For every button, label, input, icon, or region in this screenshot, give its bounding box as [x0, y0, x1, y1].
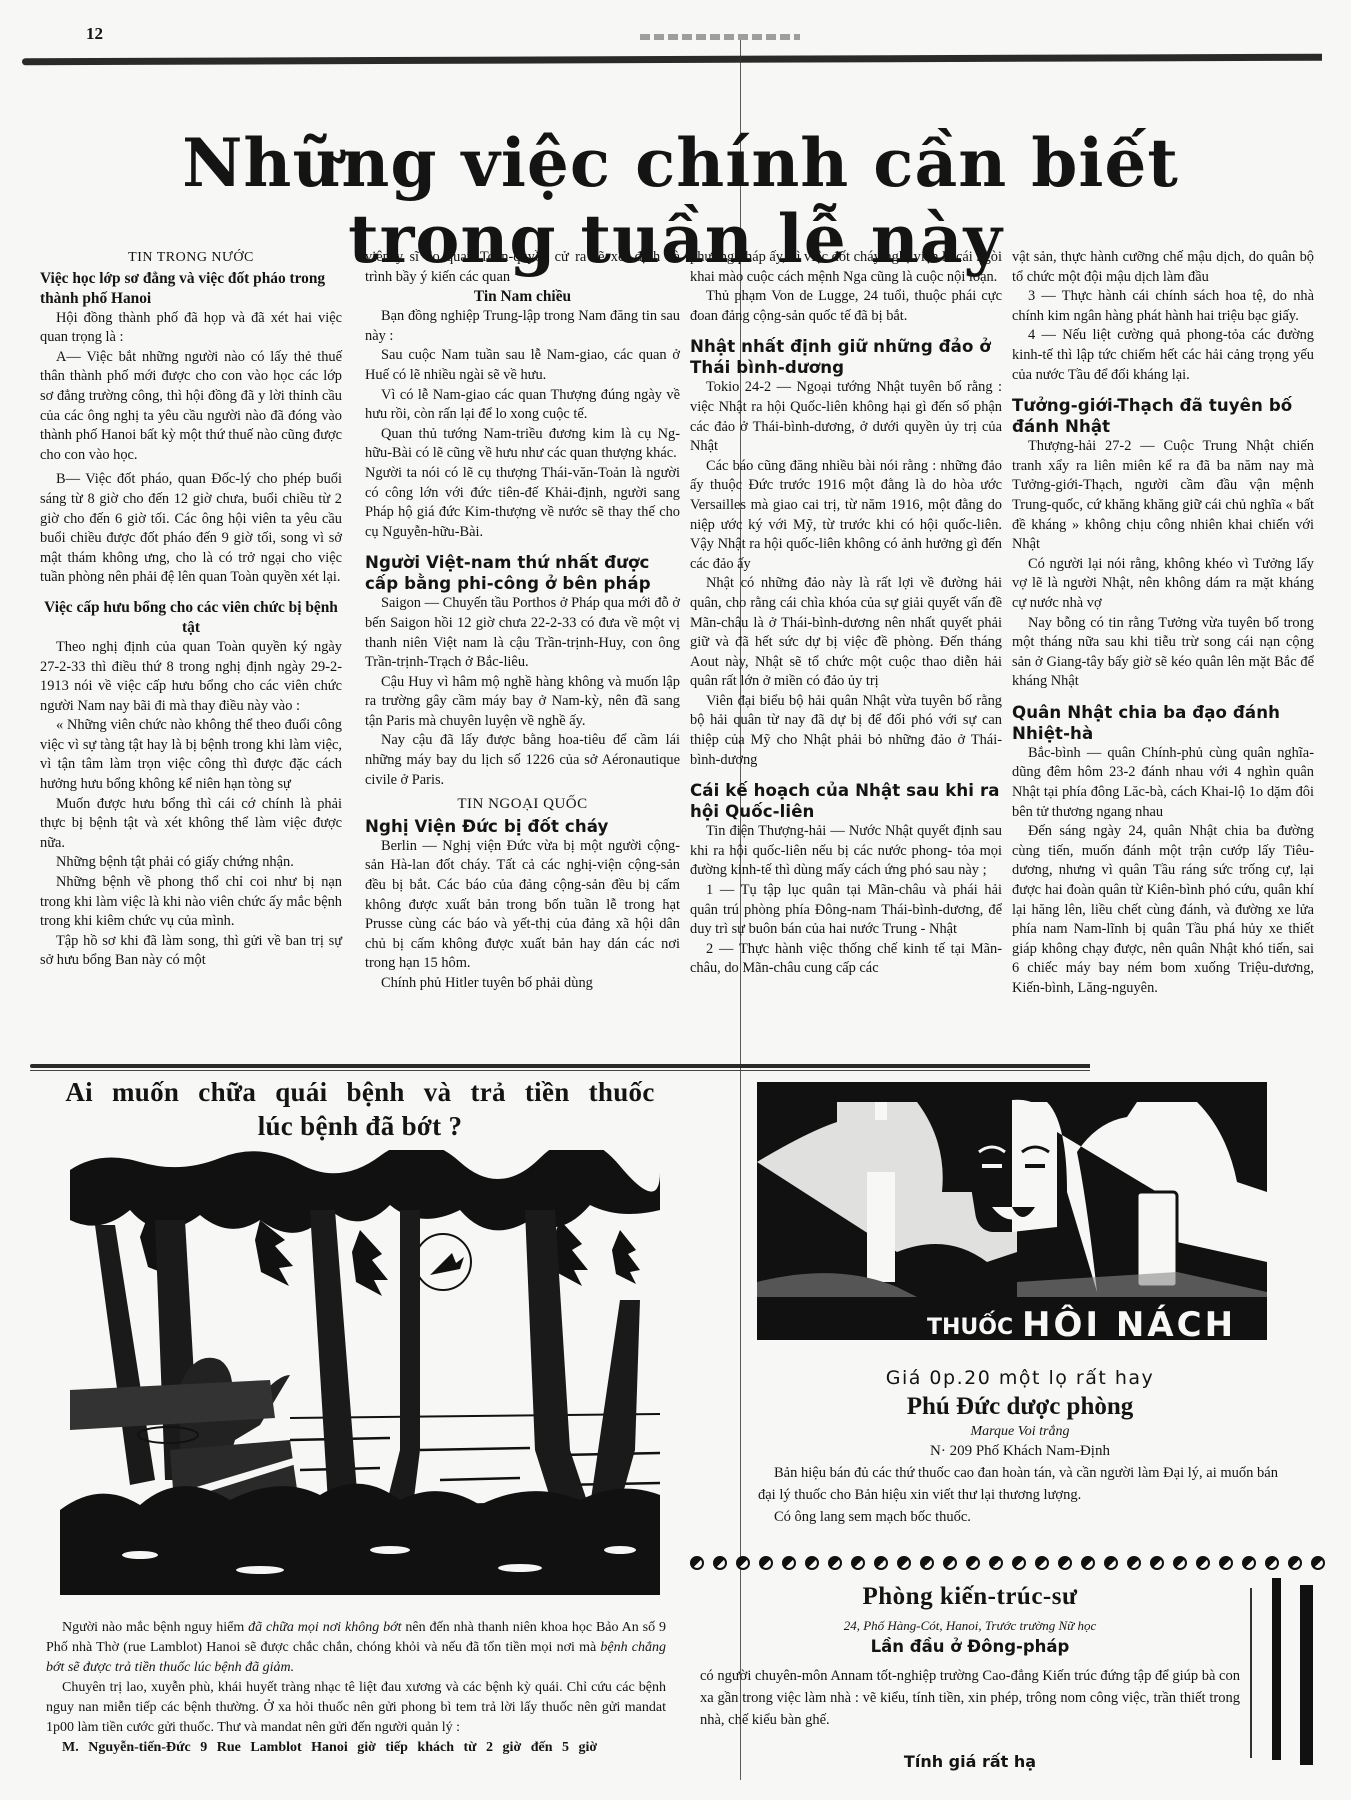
section-divider-rule — [30, 1064, 1090, 1068]
article-paragraph: Thủ phạm Von de Lugge, 24 tuổi, thuộc ph… — [690, 287, 1002, 326]
architect-name: Phòng kiến-trúc-sư — [700, 1580, 1240, 1614]
article-title: Việc cấp hưu bổng cho các viên chức bị b… — [40, 598, 342, 638]
column-1: TIN TRONG NƯỚC Việc học lớp sơ đẳng và v… — [40, 248, 342, 971]
medicine-ad-paragraph: Chuyên trị lao, xuyễn phù, khái huyết tr… — [46, 1678, 666, 1738]
section-label-foreign: TIN NGOẠI QUỐC — [365, 795, 680, 815]
article-paragraph: Đến sáng ngày 24, quân Nhật chia ba đườn… — [1012, 822, 1314, 998]
article-continuation: phương pháp ấy, vì việc đốt cháy nghị vi… — [690, 248, 1002, 287]
article-paragraph: Nay cậu đã lấy được bằng hoa-tiêu để cầm… — [365, 731, 680, 790]
article-paragraph: Muốn được hưu bổng thì cái cớ chính là p… — [40, 795, 342, 854]
article-paragraph: 2 — Thực hành việc thống chế kinh tế tại… — [690, 940, 1002, 979]
medicine-ad-body: Người nào mắc bệnh nguy hiểm đã chữa mọi… — [46, 1618, 666, 1758]
article-title: Quân Nhật chia ba đạo đánh Nhiệt-hà — [1012, 702, 1314, 744]
article-title: Tin Nam chiều — [365, 287, 680, 307]
architect-address: 24, Phố Hàng-Cót, Hanoi, Trước trường Nữ… — [700, 1616, 1240, 1636]
article-paragraph: 4 — Nếu liệt cường quả phong-tỏa các đườ… — [1012, 326, 1314, 385]
article-paragraph: Có người lại nói rằng, không khéo vì Tưở… — [1012, 555, 1314, 614]
article-paragraph: Nay bỗng có tin rằng Tưởng vừa tuyên bố … — [1012, 614, 1314, 692]
article-paragraph: Những bệnh tật phải có giấy chứng nhận. — [40, 853, 342, 873]
article-title: Tưởng-giới-Thạch đã tuyên bố đánh Nhật — [1012, 395, 1314, 437]
hoi-nach-ad-body: Bản hiệu bán đủ các thứ thuốc cao đan ho… — [758, 1462, 1278, 1528]
article-paragraph: B— Việc đốt pháo, quan Đốc-lý cho phép b… — [40, 470, 342, 588]
article-paragraph: Sau cuộc Nam tuần sau lễ Nam-giao, các q… — [365, 346, 680, 385]
decorative-dot-border — [690, 1552, 1325, 1574]
hoi-nach-brand: Phú Đức dược phòng — [740, 1391, 1300, 1423]
article-paragraph: 1 — Tụ tập lục quân tại Mãn-châu và phái… — [690, 881, 1002, 940]
article-paragraph: Quan thủ tướng Nam-triều đương kim là cụ… — [365, 425, 680, 464]
column-4: vật sản, thực hành cưỡng chế mậu dịch, d… — [1012, 248, 1314, 999]
hoi-nach-paragraph: Bản hiệu bán đủ các thứ thuốc cao đan ho… — [758, 1462, 1278, 1506]
article-paragraph: Chính phủ Hitler tuyên bố phải dùng — [365, 974, 680, 994]
article-paragraph: Saigon — Chuyến tầu Porthos ở Pháp qua m… — [365, 594, 680, 672]
section-divider-hairline — [30, 1070, 1090, 1071]
poster-label-hoi-nach: HÔI NÁCH — [1022, 1304, 1236, 1340]
article-paragraph: Viên đại biểu bộ hải quân Nhật vừa tuyên… — [690, 692, 1002, 770]
article-continuation: vật sản, thực hành cưỡng chế mậu dịch, d… — [1012, 248, 1314, 287]
running-header — [640, 34, 800, 40]
woodcut-illustration — [60, 1150, 660, 1595]
hoi-nach-paragraph: Có ông lang sem mạch bốc thuốc. — [758, 1506, 1278, 1528]
article-title: Cái kế hoạch của Nhật sau khi ra hội Quố… — [690, 780, 1002, 822]
article-paragraph: Berlin — Nghị viện Đức vừa bị một người … — [365, 837, 680, 974]
column-3: phương pháp ấy, vì việc đốt cháy nghị vi… — [690, 248, 1002, 979]
medicine-ad-title: Ai muốn chữa quái bệnh và trả tiền thuốc… — [40, 1075, 680, 1143]
article-title: Nghị Viện Đức bị đốt cháy — [365, 816, 680, 837]
architect-ad-body: có người chuyên-môn Annam tốt-nghiệp trư… — [700, 1665, 1240, 1731]
decorative-bar — [1250, 1588, 1252, 1758]
column-2: viên y sĩ do quan Toàn-quyền cử ra sẽ xé… — [365, 248, 680, 994]
hoi-nach-marque: Marque Voi trắng — [740, 1423, 1300, 1441]
hoi-nach-address: N· 209 Phố Khách Nam-Định — [740, 1441, 1300, 1461]
article-paragraph: Nhật có những đảo này là rất lợi về đườn… — [690, 574, 1002, 692]
article-title: Việc học lớp sơ đẳng và việc đốt pháo tr… — [40, 269, 342, 309]
article-title: Nhật nhất định giữ những đảo ở Thái bình… — [690, 336, 1002, 378]
article-paragraph: Cậu Huy vì hâm mộ nghề hàng không và muố… — [365, 673, 680, 732]
article-paragraph: Các báo cũng đăng nhiều bài nói rằng : n… — [690, 457, 1002, 575]
decorative-bar — [1300, 1585, 1313, 1765]
article-paragraph: Vì có lễ Nam-giao các quan Thượng đúng n… — [365, 386, 680, 425]
architect-price-note: Tính giá rất hạ — [700, 1752, 1240, 1771]
page-number: 12 — [86, 24, 103, 44]
hoi-nach-price: Giá 0p.20 một lọ rất hay — [740, 1365, 1300, 1391]
article-paragraph: Tin điện Thượng-hải — Nước Nhật quyết đị… — [690, 822, 1002, 881]
article-paragraph: A— Việc bắt những người nào có lấy thẻ t… — [40, 348, 342, 466]
article-continuation: viên y sĩ do quan Toàn-quyền cử ra sẽ xé… — [365, 248, 680, 287]
top-rule — [22, 54, 1322, 66]
medicine-ad-paragraph: Người nào mắc bệnh nguy hiểm đã chữa mọi… — [46, 1618, 666, 1678]
poster-label-thuoc: THUỐC — [927, 1311, 1013, 1340]
decorative-bar — [1272, 1578, 1281, 1760]
hoi-nach-ad-header: Giá 0p.20 một lọ rất hay Phú Đức dược ph… — [740, 1365, 1300, 1461]
hoi-nach-poster: THUỐC HÔI NÁCH — [757, 1082, 1267, 1340]
article-paragraph: « Những viên chức nào không thể theo đuổ… — [40, 716, 342, 794]
article-paragraph: Bắc-bình — quân Chính-phủ cùng quân nghĩ… — [1012, 744, 1314, 822]
article-paragraph: 3 — Thực hành cái chính sách hoa tệ, do … — [1012, 287, 1314, 326]
architect-tagline: Lần đầu ở Đông-pháp — [700, 1636, 1240, 1658]
article-title: Người Việt-nam thứ nhất được cấp bằng ph… — [365, 552, 680, 594]
article-paragraph: Hội đồng thành phố đã họp và đã xét hai … — [40, 309, 342, 348]
article-paragraph: Theo nghị định của quan Toàn quyền ký ng… — [40, 638, 342, 716]
medicine-ad-contact: M. Nguyễn-tiến-Đức 9 Rue Lamblot Hanoi g… — [46, 1738, 666, 1758]
article-paragraph: Những bệnh về phong thổ chỉ coi như bị n… — [40, 873, 342, 932]
article-paragraph: Người ta nói có lẽ cụ thượng Thái-văn-To… — [365, 464, 680, 542]
article-paragraph: Thượng-hải 27-2 — Cuộc Trung Nhật chiến … — [1012, 437, 1314, 555]
headline-line-1: Những việc chính cần biết — [0, 122, 1351, 204]
architect-ad-header: Phòng kiến-trúc-sư 24, Phố Hàng-Cót, Han… — [700, 1580, 1240, 1658]
article-paragraph: Tokio 24-2 — Ngoại tướng Nhật tuyên bố r… — [690, 378, 1002, 456]
article-paragraph: Tập hồ sơ khi đã làm song, thì gửi về ba… — [40, 932, 342, 971]
article-paragraph: Bạn đồng nghiệp Trung-lập trong Nam đăng… — [365, 307, 680, 346]
section-label-domestic: TIN TRONG NƯỚC — [40, 248, 342, 268]
